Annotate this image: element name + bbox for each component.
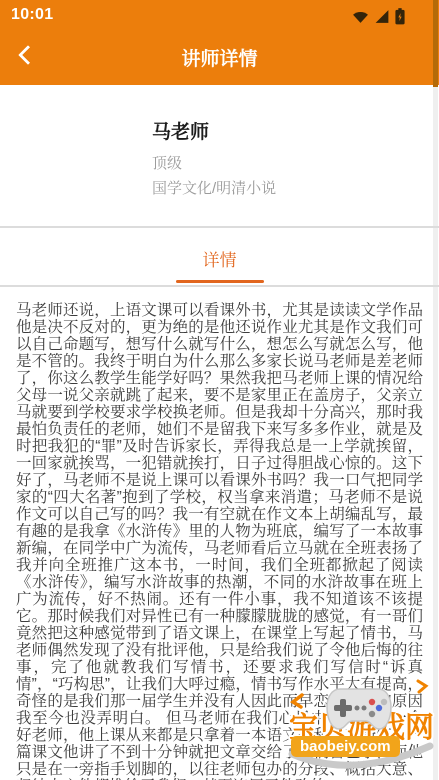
tab-active-underline bbox=[176, 280, 264, 283]
lecturer-name: 马老师 bbox=[152, 117, 209, 144]
divider-top bbox=[0, 226, 439, 228]
cellular-signal-icon bbox=[374, 9, 390, 24]
lecturer-detail-screen: 10:01 讲师详情 马老师 顶级 国学文化/明清小说 bbox=[0, 0, 439, 780]
battery-charging-icon bbox=[395, 8, 405, 25]
lecturer-level: 顶级 bbox=[152, 152, 182, 173]
page-title: 讲师详情 bbox=[0, 44, 439, 71]
status-bar-icons bbox=[352, 8, 405, 24]
divider-bottom bbox=[0, 285, 439, 287]
status-bar-time: 10:01 bbox=[11, 6, 53, 24]
scrollbar-thumb[interactable] bbox=[433, 0, 438, 87]
lecturer-category: 国学文化/明清小说 bbox=[152, 177, 276, 198]
wifi-icon bbox=[352, 9, 369, 24]
tab-detail[interactable]: 详情 bbox=[0, 246, 439, 271]
lecturer-detail-text: 马老师还说，上语文课可以看课外书，尤其是读读文学作品他是决不反对的，更为绝的是他… bbox=[16, 302, 423, 780]
scrollbar-track[interactable] bbox=[433, 85, 438, 780]
top-bar: 10:01 讲师详情 bbox=[0, 0, 439, 85]
